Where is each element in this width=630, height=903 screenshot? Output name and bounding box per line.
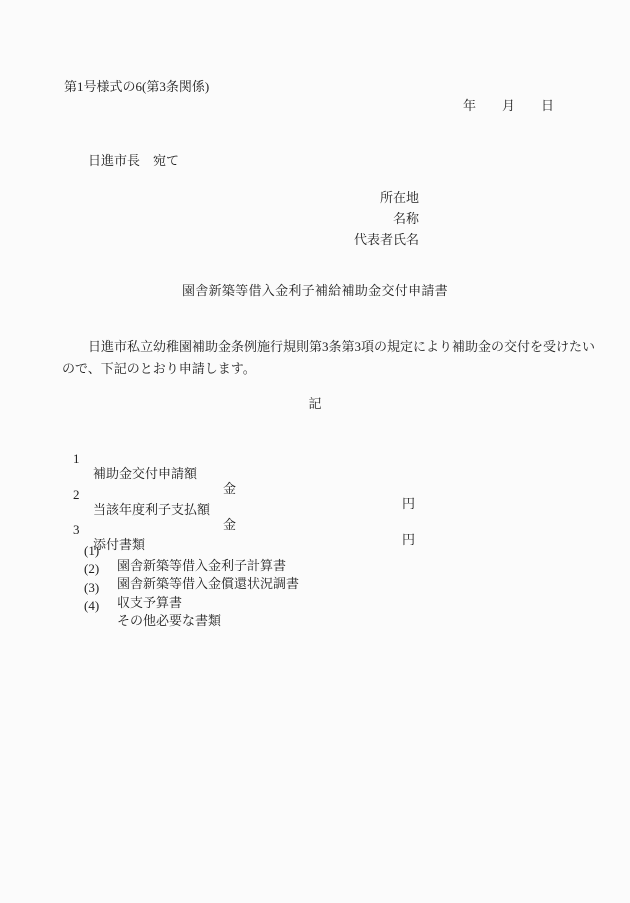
attachment-item: (3) 収支予算書 <box>0 565 630 581</box>
attachment-marker: (4) <box>84 598 99 613</box>
attachment-item: (2) 園舎新築等借入金償還状況調書 <box>0 546 630 562</box>
body-text-line-1: 日進市私立幼稚園補助金条例施行規則第3条第3項の規定により補助金の交付を受けたい <box>88 339 595 354</box>
attachment-text: その他必要な書類 <box>117 613 221 628</box>
note-heading: 記 <box>0 396 630 411</box>
item-number: 1 <box>73 451 80 466</box>
addressee-line: 日進市長 宛て <box>88 153 179 168</box>
amount-row-interest-paid: 2 当該年度利子支払額 金 円 <box>0 472 630 488</box>
item-number: 2 <box>73 487 80 502</box>
document-page: 第1号様式の6(第3条関係) 年 月 日 日進市長 宛て 所在地 名称 代表者氏… <box>0 0 630 903</box>
attachment-item: (1) 園舎新築等借入金利子計算書 <box>0 528 630 544</box>
body-text-line-2: ので、下記のとおり申請します。 <box>62 361 256 376</box>
sender-address-label: 所在地 <box>380 190 419 205</box>
sender-name-label: 名称 <box>393 211 419 226</box>
amount-row-application: 1 補助金交付申請額 金 円 <box>0 436 630 452</box>
document-title: 園舎新築等借入金利子補給補助金交付申請書 <box>0 283 630 298</box>
form-number: 第1号様式の6(第3条関係) <box>64 79 209 94</box>
attachment-item: (4) その他必要な書類 <box>0 583 630 599</box>
sender-representative-label: 代表者氏名 <box>354 232 419 247</box>
attachments-heading-row: 3 添付書類 <box>0 507 630 523</box>
date-line: 年 月 日 <box>463 98 554 113</box>
